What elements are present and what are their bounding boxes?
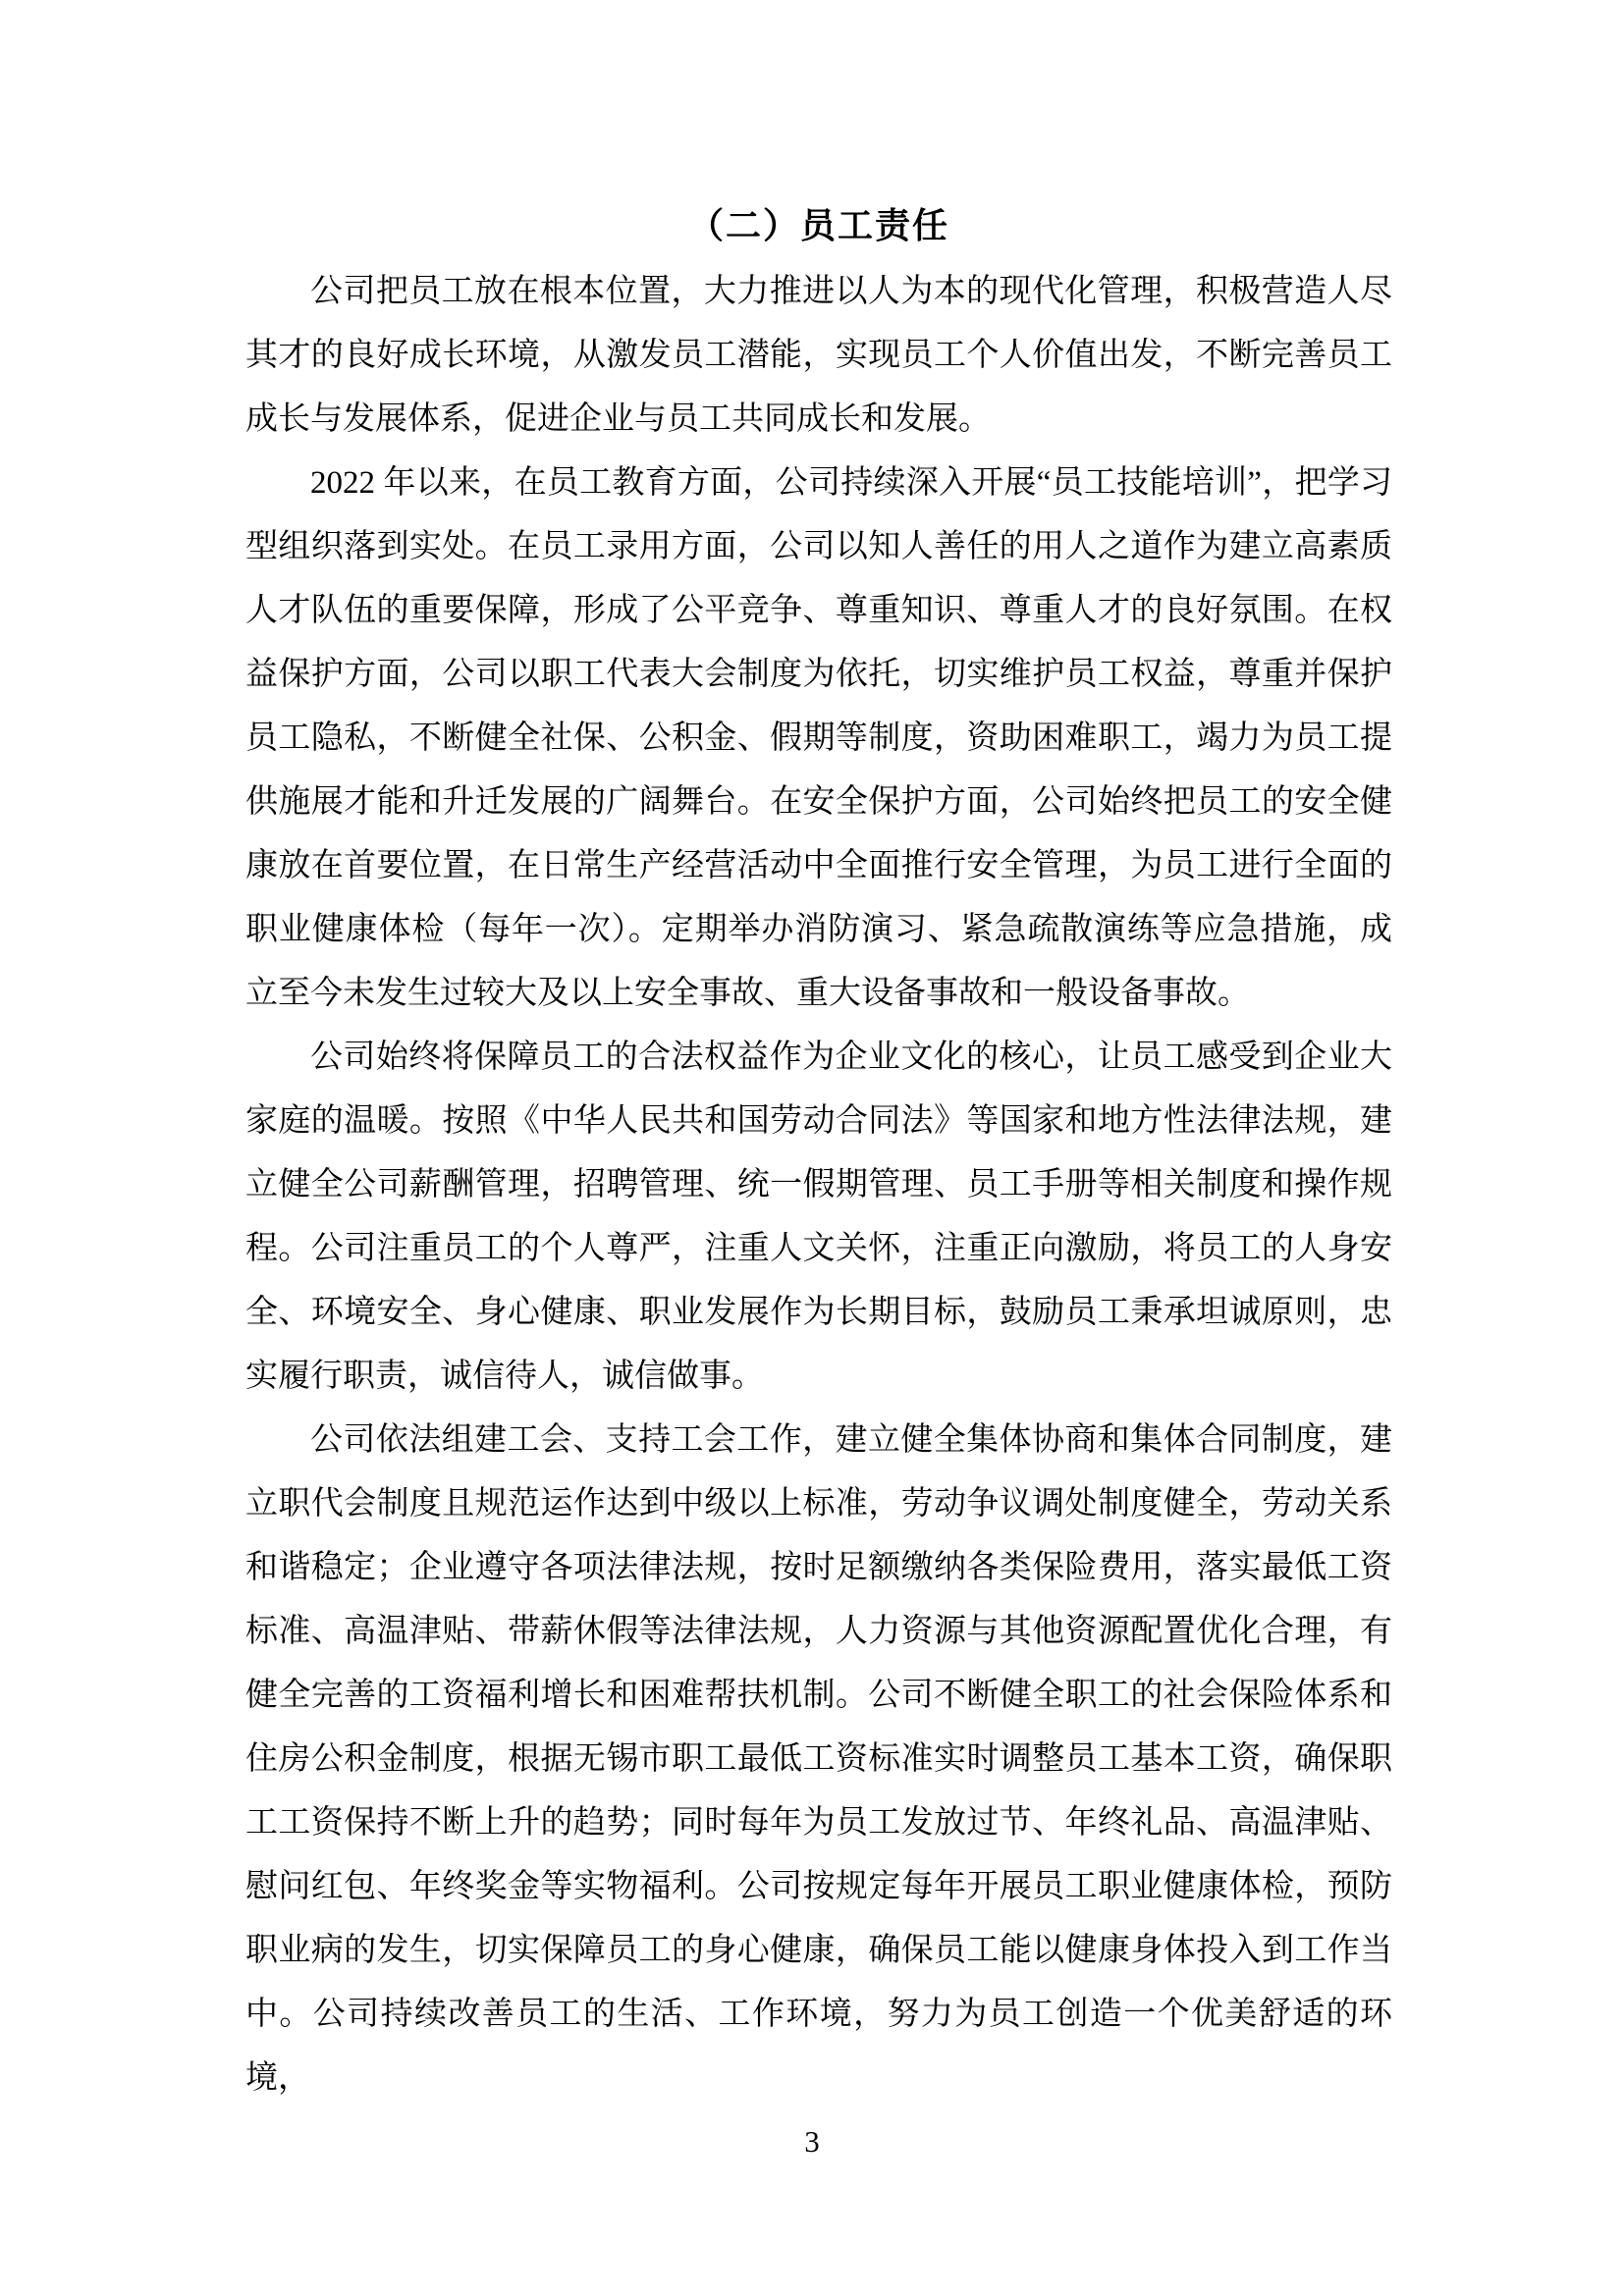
paragraph: 公司始终将保障员工的合法权益作为企业文化的核心，让员工感受到企业大家庭的温暖。按… [245,1026,1392,1409]
section-heading: （二）员工责任 [245,193,1392,258]
document-page: （二）员工责任 公司把员工放在根本位置，大力推进以人为本的现代化管理，积极营造人… [0,0,1624,2296]
paragraph: 公司把员工放在根本位置，大力推进以人为本的现代化管理，积极营造人尽其才的良好成长… [245,260,1392,452]
document-body: 公司把员工放在根本位置，大力推进以人为本的现代化管理，积极营造人尽其才的良好成长… [245,260,1392,2110]
paragraph: 公司依法组建工会、支持工会工作，建立健全集体协商和集体合同制度，建立职代会制度且… [245,1409,1392,2110]
paragraph: 2022 年以来，在员工教育方面，公司持续深入开展“员工技能培训”，把学习型组织… [245,452,1392,1026]
page-number: 3 [0,2125,1624,2159]
